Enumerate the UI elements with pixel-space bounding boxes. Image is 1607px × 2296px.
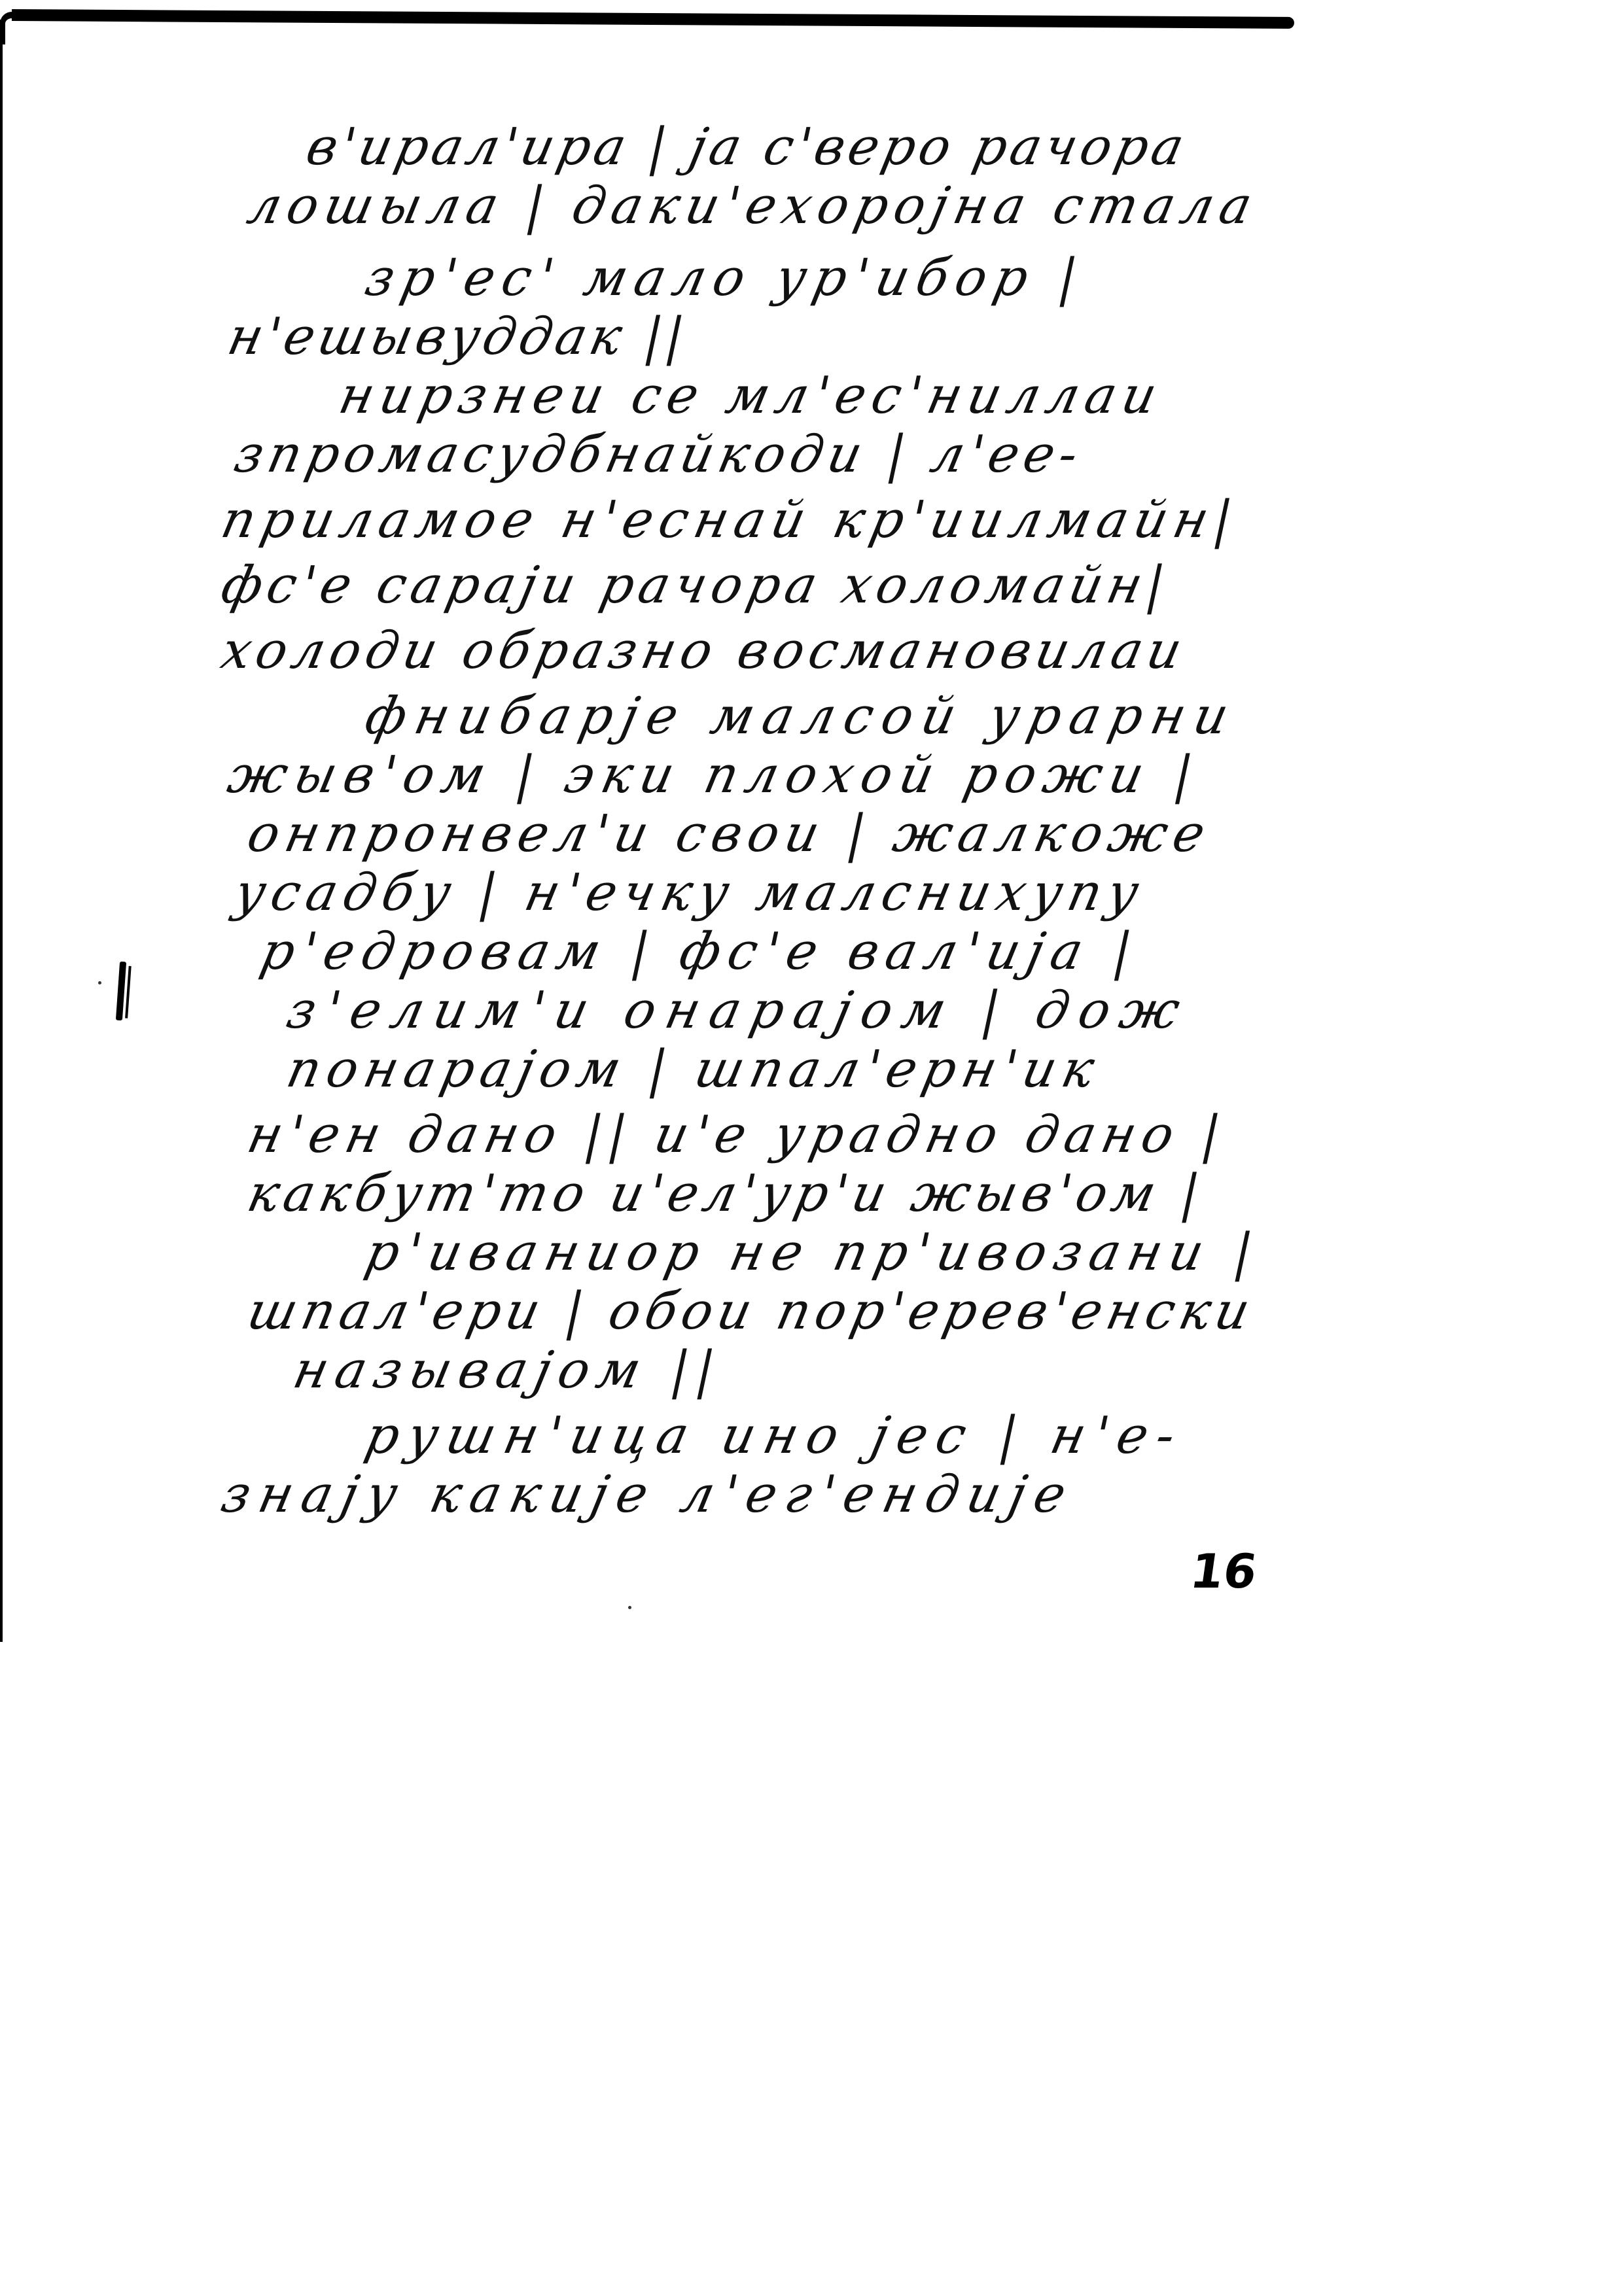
manuscript-line: холоди образно восмановилаи [216, 621, 1192, 680]
manuscript-line: зпромасудбнайкоди | л'ее- [229, 425, 1088, 484]
manuscript-line: н'ешывуддак || [222, 307, 693, 366]
manuscript-line: жыв'ом | эки плохой рожи | [222, 746, 1206, 805]
manuscript-line: з'елим'и онарајом | дож [281, 981, 1195, 1040]
manuscript-line: нирзнеи се мл'ес'ниллаи [334, 366, 1168, 425]
manuscript-line: р'иваниор не пр'ивозани | [360, 1223, 1265, 1282]
manuscript-body: в'ирал'ира | ја с'веро рачора лошыла | д… [0, 0, 1607, 1635]
manuscript-line: называјом || [288, 1341, 728, 1400]
manuscript-line: знају какије л'ег'ендије [216, 1465, 1080, 1524]
manuscript-line: шпал'ери | обои пор'ерев'енски [242, 1282, 1260, 1341]
manuscript-line: лошыла | даки'ехоројна стала [242, 177, 1263, 235]
paper-speck [628, 1606, 631, 1609]
manuscript-line: понарајом | шпал'ерн'ик [281, 1040, 1106, 1099]
manuscript-line: зр'ес' мало ур'ибор | [360, 249, 1090, 307]
page-number: 16 [1187, 1544, 1260, 1599]
paper-speck [98, 981, 101, 984]
manuscript-line: усадбу | н'ечку малснихупу [229, 863, 1150, 922]
manuscript-line: какбут'то и'ел'ур'и жыв'ом | [242, 1164, 1210, 1223]
manuscript-line: р'едровам | фс'е вал'ија | [255, 922, 1145, 981]
manuscript-line: онпронвел'и свои | жалкоже [242, 805, 1216, 863]
manuscript-line: н'ен дано || и'е урадно дано | [242, 1105, 1232, 1164]
manuscript-line: фнибарје малсой урарни [360, 687, 1243, 746]
manuscript-line: рушн'ица ино јес | н'е- [360, 1406, 1190, 1465]
manuscript-line: в'ирал'ира | ја с'веро рачора [301, 118, 1192, 177]
manuscript-line: приламое н'еснай кр'иилмайн| [216, 491, 1244, 549]
manuscript-line: фс'е сараји рачора холомайн| [216, 556, 1175, 615]
